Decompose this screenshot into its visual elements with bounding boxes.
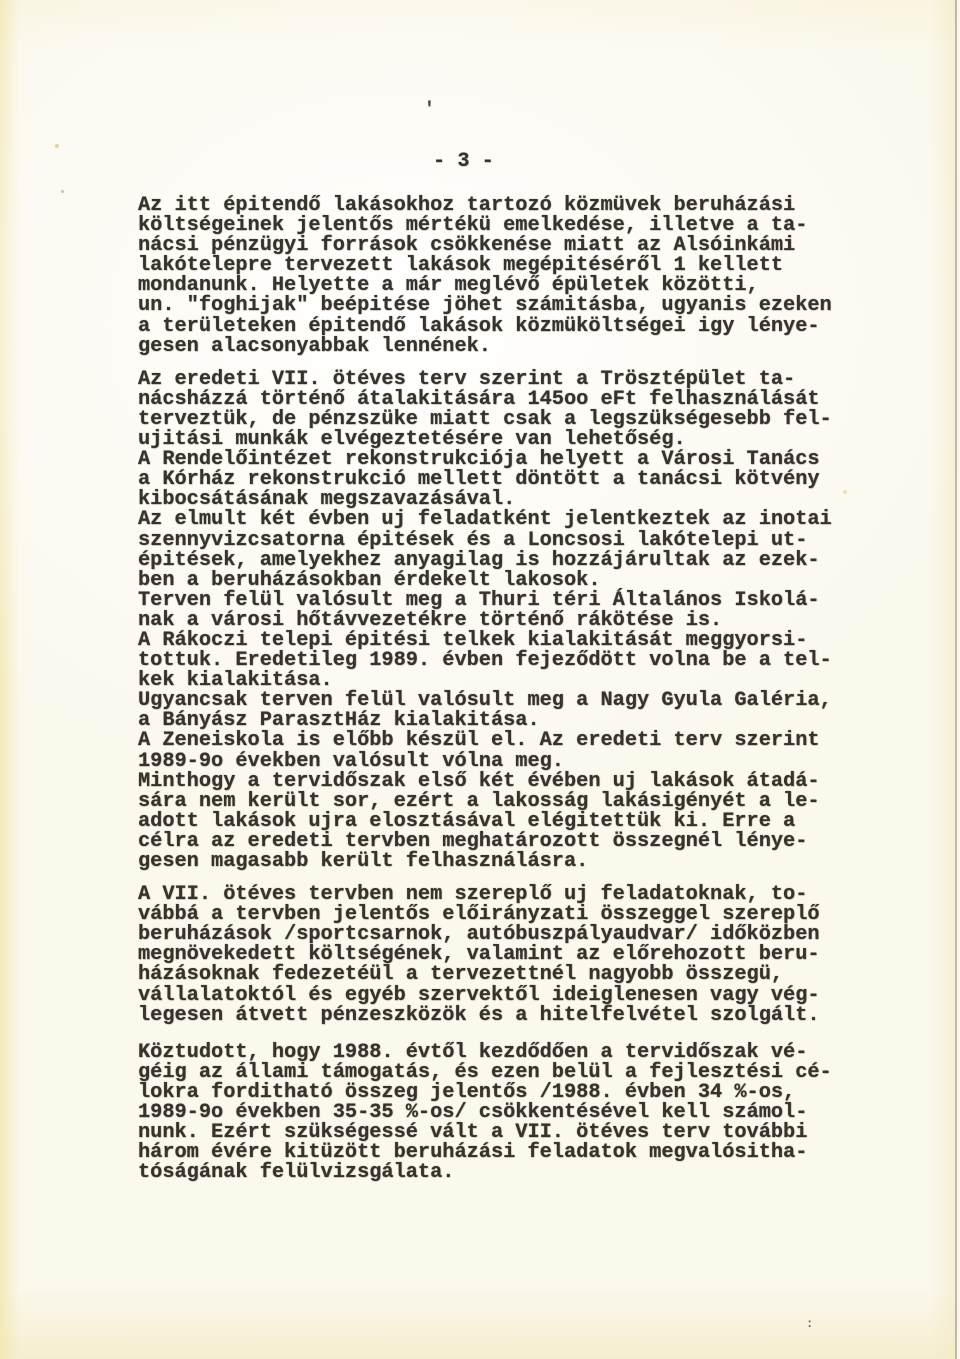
text-line: géig az állami támogatás, és ezen belül … xyxy=(138,1063,898,1083)
text-line: Az elmult két évben uj feladatként jelen… xyxy=(138,510,898,530)
stray-ink-mark: ' xyxy=(424,100,435,120)
bottom-right-ink-mark: : xyxy=(806,1318,813,1330)
text-line: épitések, amelyekhez anyagilag is hozzáj… xyxy=(138,551,898,571)
paragraph: Az eredeti VII. ötéves terv szerint a Tr… xyxy=(138,370,898,872)
paragraph: A VII. ötéves tervben nem szereplő uj fe… xyxy=(138,885,898,1026)
scanned-document-page: ' - 3 - Az itt épitendő lakásokhoz tarto… xyxy=(0,0,960,1359)
text-line: A Zeneiskola is előbb készül el. Az ered… xyxy=(138,731,898,751)
scan-edge-line xyxy=(955,0,957,1359)
paper-speck xyxy=(55,144,59,148)
text-line: tóságának felülvizsgálata. xyxy=(138,1163,898,1183)
document-body: Az itt épitendő lakásokhoz tartozó közmü… xyxy=(138,196,898,1196)
paper-speck xyxy=(61,190,64,193)
text-line: házásoknak fedezetéül a tervezettnél nag… xyxy=(138,965,898,985)
text-line: a területeken épitendő lakások közmükölt… xyxy=(138,317,898,337)
text-line: vállalatoktól és egyéb szervektől ideigl… xyxy=(138,986,898,1006)
text-line: szennyvizcsatorna épitések és a Loncsosi… xyxy=(138,531,898,551)
paragraph: Köztudott, hogy 1988. évtől kezdődően a … xyxy=(138,1043,898,1184)
text-line: Terven felül valósult meg a Thuri téri Á… xyxy=(138,591,898,611)
text-line: nak a városi hőtávvezetékre történő rákö… xyxy=(138,611,898,631)
text-line: un. "foghijak" beépitése jöhet számitásb… xyxy=(138,296,898,316)
text-line: nácsházzá történő átalakitására 145oo eF… xyxy=(138,390,898,410)
paper-speck xyxy=(843,490,847,494)
text-line: Az eredeti VII. ötéves terv szerint a Tr… xyxy=(138,370,898,390)
text-line: gesen magasabb került felhasználásra. xyxy=(138,852,898,872)
text-line: Minthogy a tervidőszak első két évében u… xyxy=(138,772,898,792)
text-line: 1989-9o években valósult vólna meg. xyxy=(138,752,898,772)
text-line: sára nem került sor, ezért a lakosság la… xyxy=(138,792,898,812)
text-line: gesen alacsonyabbak lennének. xyxy=(138,337,898,357)
text-line: adott lakások ujra elosztásával elégitet… xyxy=(138,812,898,832)
text-line: célra az eredeti tervben meghatározott ö… xyxy=(138,832,898,852)
text-line: ben a beruházásokban érdekelt lakosok. xyxy=(138,571,898,591)
text-line: legesen átvett pénzeszközök és a hitelfe… xyxy=(138,1006,898,1026)
paragraph: Az itt épitendő lakásokhoz tartozó közmü… xyxy=(138,196,898,357)
text-line: Köztudott, hogy 1988. évtől kezdődően a … xyxy=(138,1043,898,1063)
page-number: - 3 - xyxy=(433,152,494,172)
